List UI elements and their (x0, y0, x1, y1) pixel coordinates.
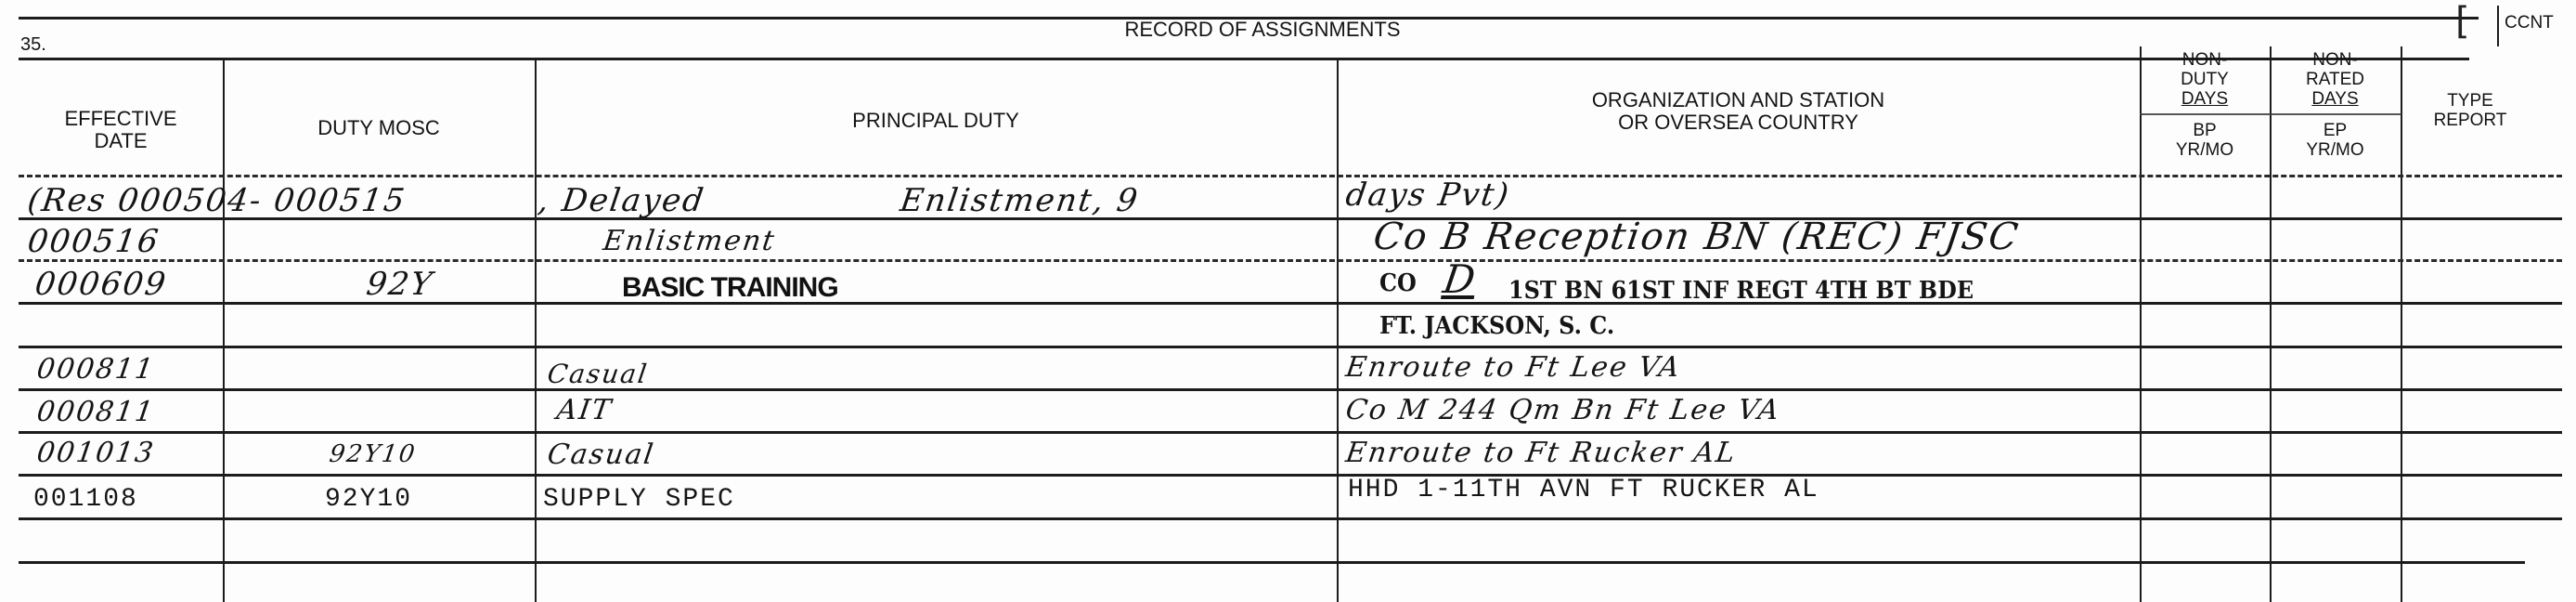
row-3-effective-date: 000811 (35, 353, 157, 386)
row-line-2 (19, 259, 2562, 262)
header-non-duty-days: NON- DUTY DAYS (2140, 50, 2270, 109)
header-non-rated-days: NON- RATED DAYS (2270, 50, 2401, 109)
row-line-6 (19, 431, 2562, 434)
header-ep-yrmo: EP YR/MO (2270, 121, 2401, 160)
header-principal-duty: PRINCIPAL DUTY (535, 110, 1337, 132)
row-2-effective-date: 000609 (32, 266, 169, 303)
row-4-principal-duty: AIT (555, 394, 615, 426)
row-line-7 (19, 474, 2562, 477)
row-2-org-company: D (1441, 256, 1481, 302)
form-title: RECORD OF ASSIGNMENTS (1068, 19, 1457, 41)
row-2-org-prefix: CO (1379, 269, 1417, 297)
row-2-principal-duty: BASIC TRAINING (622, 272, 838, 304)
row-6-effective-date: 001108 (33, 485, 138, 514)
row-5-principal-duty: Casual (546, 438, 657, 471)
row-5-duty-mosc: 92Y10 (328, 440, 419, 468)
row-line-4 (19, 346, 2562, 348)
row-3-principal-duty: Casual (546, 359, 651, 389)
col-divider-mosc (535, 59, 537, 602)
header-organization: ORGANIZATION AND STATION OR OVERSEA COUN… (1337, 89, 2140, 134)
row-6-principal-duty: SUPPLY SPEC (543, 485, 735, 514)
section-number: 35. (20, 33, 46, 56)
header-effective-date: EFFECTIVE DATE (19, 108, 223, 152)
row-3-organization: Enroute to Ft Lee VA (1344, 351, 1684, 384)
note-delayed-enlistment-part3: Enlistment, 9 (898, 182, 1141, 219)
row-line-5 (19, 388, 2562, 391)
header-type-report: TYPE REPORT (2401, 91, 2540, 130)
header-duty-mosc: DUTY MOSC (223, 117, 535, 139)
row-2-organization-line2: FT. JACKSON, S. C. (1379, 312, 1614, 340)
bracket-mark: [ (2455, 0, 2470, 43)
note-delayed-enlistment-part2: , Delayed (536, 182, 707, 219)
title-bottom-border (19, 58, 2469, 60)
row-1-effective-date: 000516 (25, 223, 162, 260)
row-6-organization: HHD 1-11TH AVN FT RUCKER AL (1348, 476, 1819, 504)
row-1-organization: Co B Reception BN (REC) FJSC (1371, 216, 2023, 258)
row-5-organization: Enroute to Ft Rucker AL (1344, 437, 1739, 469)
record-of-assignments-form: 35. RECORD OF ASSIGNMENTS [ CCNT EFFECTI… (0, 0, 2576, 602)
ccnt-label: CCNT (2505, 13, 2554, 33)
row-2-organization: 1ST BN 61ST INF REGT 4TH BT BDE (1508, 277, 1974, 305)
note-delayed-enlistment-part1: (Res 000504- 000515 (25, 182, 408, 219)
header-bp-yrmo: BP YR/MO (2140, 121, 2270, 160)
days-subheader-line (2140, 113, 2401, 115)
row-line-9 (19, 561, 2525, 564)
row-4-organization: Co M 244 Qm Bn Ft Lee VA (1344, 394, 1783, 426)
row-2-duty-mosc: 92Y (364, 266, 435, 303)
row-4-effective-date: 000811 (35, 396, 157, 428)
note-delayed-enlistment-part4: days Pvt) (1343, 177, 1512, 214)
row-line-8 (19, 517, 2562, 520)
row-1-principal-duty: Enlistment (602, 225, 778, 257)
row-5-effective-date: 001013 (35, 437, 157, 469)
row-6-duty-mosc: 92Y10 (325, 485, 412, 514)
col-divider-date (223, 59, 225, 602)
row-line-0 (19, 175, 2562, 177)
ccnt-divider (2497, 6, 2499, 46)
col-divider-duty (1337, 59, 1339, 602)
